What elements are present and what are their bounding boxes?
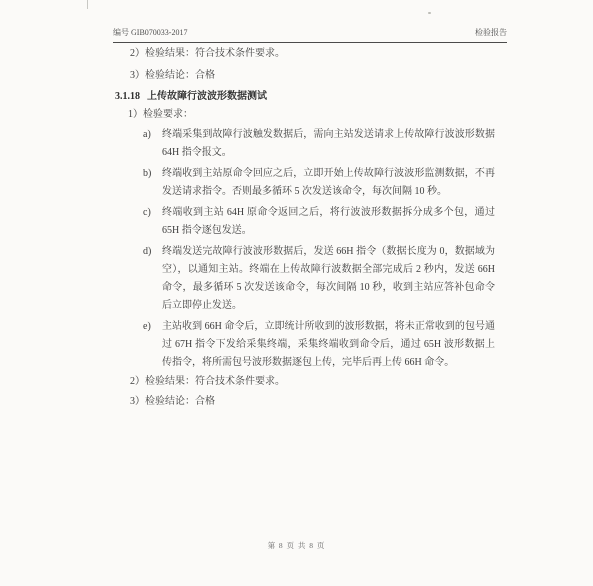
list-item-marker: c): [143, 204, 162, 240]
report-title: 检验报告: [475, 27, 507, 38]
list-item: a) 终端采集到故障行波触发数据后，需向主站发送请求上传故障行波波形数据 64H…: [143, 126, 495, 162]
list-item-text: 终端采集到故障行波触发数据后，需向主站发送请求上传故障行波波形数据 64H 指令…: [162, 126, 495, 162]
page-header: 编号 GIB070033-2017 检验报告: [113, 27, 507, 43]
prior-conclusion-line: 3）检验结论：合格: [130, 69, 215, 82]
section-title: 上传故障行波波形数据测试: [147, 91, 267, 102]
list-item-marker: e): [143, 318, 162, 372]
list-item-marker: a): [143, 126, 162, 162]
requirements-list: a) 终端采集到故障行波触发数据后，需向主站发送请求上传故障行波波形数据 64H…: [143, 126, 495, 375]
list-item: e) 主站收到 66H 命令后，立即统计所收到的波形数据，将未正常收到的包号通过…: [143, 318, 495, 372]
page-number-indicator: 第 8 页 共 8 页: [0, 540, 593, 551]
document-number: 编号 GIB070033-2017: [113, 27, 187, 38]
list-item: d) 终端发送完故障行波波形数据后，发送 66H 指令（数据长度为 0，数据域为…: [143, 243, 495, 315]
section-number: 3.1.18: [115, 91, 140, 102]
list-item-text: 主站收到 66H 命令后，立即统计所收到的波形数据，将未正常收到的包号通过 67…: [162, 318, 495, 372]
conclusion-line: 3）检验结论：合格: [130, 395, 215, 408]
section-heading: 3.1.18上传故障行波波形数据测试: [115, 87, 267, 102]
scan-artifact-line: [87, 0, 88, 9]
list-item-marker: d): [143, 243, 162, 315]
list-item-text: 终端发送完故障行波波形数据后，发送 66H 指令（数据长度为 0，数据域为空），…: [162, 243, 495, 315]
list-item: c) 终端收到主站 64H 原命令返回之后，将行波波形数据拆分成多个包，通过 6…: [143, 204, 495, 240]
list-item-text: 终端收到主站 64H 原命令返回之后，将行波波形数据拆分成多个包，通过 65H …: [162, 204, 495, 240]
list-item-text: 终端收到主站原命令回应之后，立即开始上传故障行波波形监测数据，不再发送请求指令。…: [162, 165, 495, 201]
list-item-marker: b): [143, 165, 162, 201]
scan-artifact-speck: [428, 12, 431, 14]
document-page: 编号 GIB070033-2017 检验报告 2）检验结果：符合技术条件要求。 …: [0, 0, 593, 586]
list-item: b) 终端收到主站原命令回应之后，立即开始上传故障行波波形监测数据，不再发送请求…: [143, 165, 495, 201]
requirements-heading: 1）检验要求：: [128, 108, 193, 121]
result-line: 2）检验结果：符合技术条件要求。: [130, 375, 285, 388]
prior-result-line: 2）检验结果：符合技术条件要求。: [130, 47, 285, 60]
